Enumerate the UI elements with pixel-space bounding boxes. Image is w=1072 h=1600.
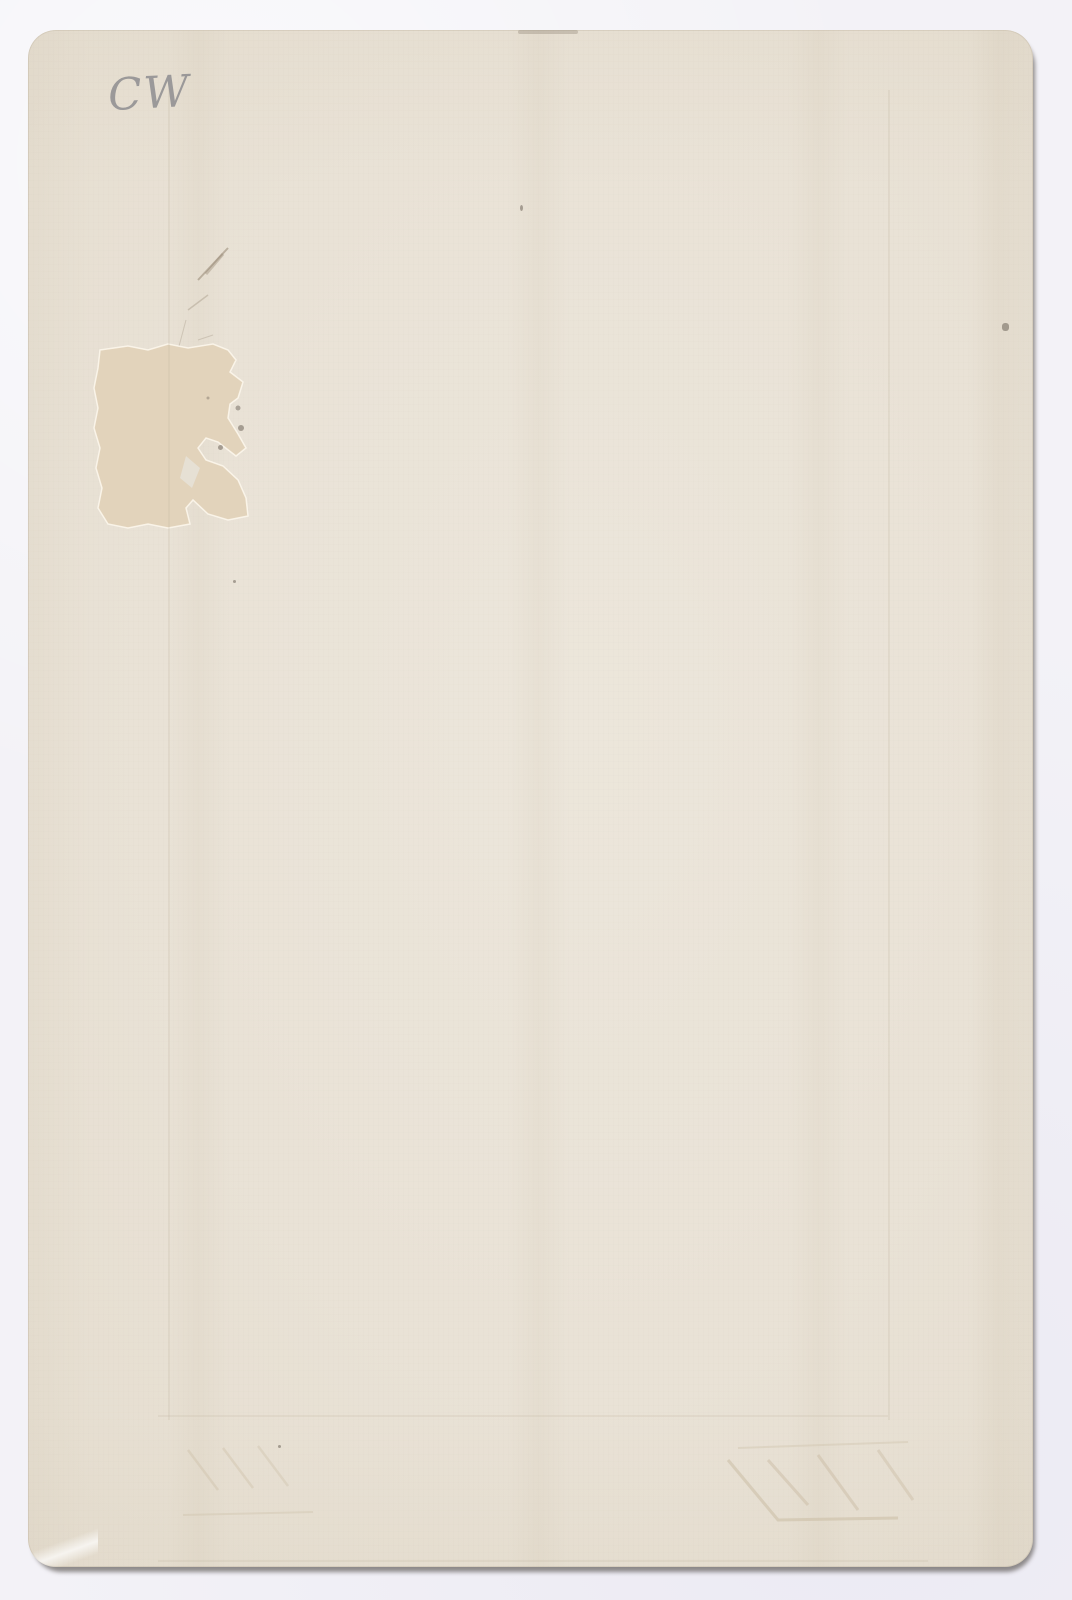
embossed-frame-line — [158, 1560, 928, 1562]
paper-streak — [508, 30, 568, 1567]
edge-spot — [1002, 323, 1009, 331]
edge-wear-mark — [518, 30, 578, 34]
embossed-frame-line — [888, 90, 890, 1420]
embossed-chevron-marks-icon — [178, 1430, 318, 1540]
cabinet-card-back: CW — [28, 30, 1033, 1567]
paper-streak — [788, 30, 848, 1567]
corner-wear — [28, 1527, 98, 1567]
foxing-spot — [218, 445, 223, 450]
foxing-spot — [238, 425, 244, 431]
torn-paper-residue-icon — [88, 338, 263, 533]
foxing-spot — [233, 580, 236, 583]
pencil-inscription: CW — [107, 66, 192, 121]
foxing-spot — [520, 205, 523, 211]
embossed-frame-line — [158, 1415, 888, 1417]
embossed-frame-line — [168, 90, 170, 1420]
paper-streak — [968, 30, 1028, 1567]
embossed-chevron-marks-icon — [718, 1430, 928, 1550]
